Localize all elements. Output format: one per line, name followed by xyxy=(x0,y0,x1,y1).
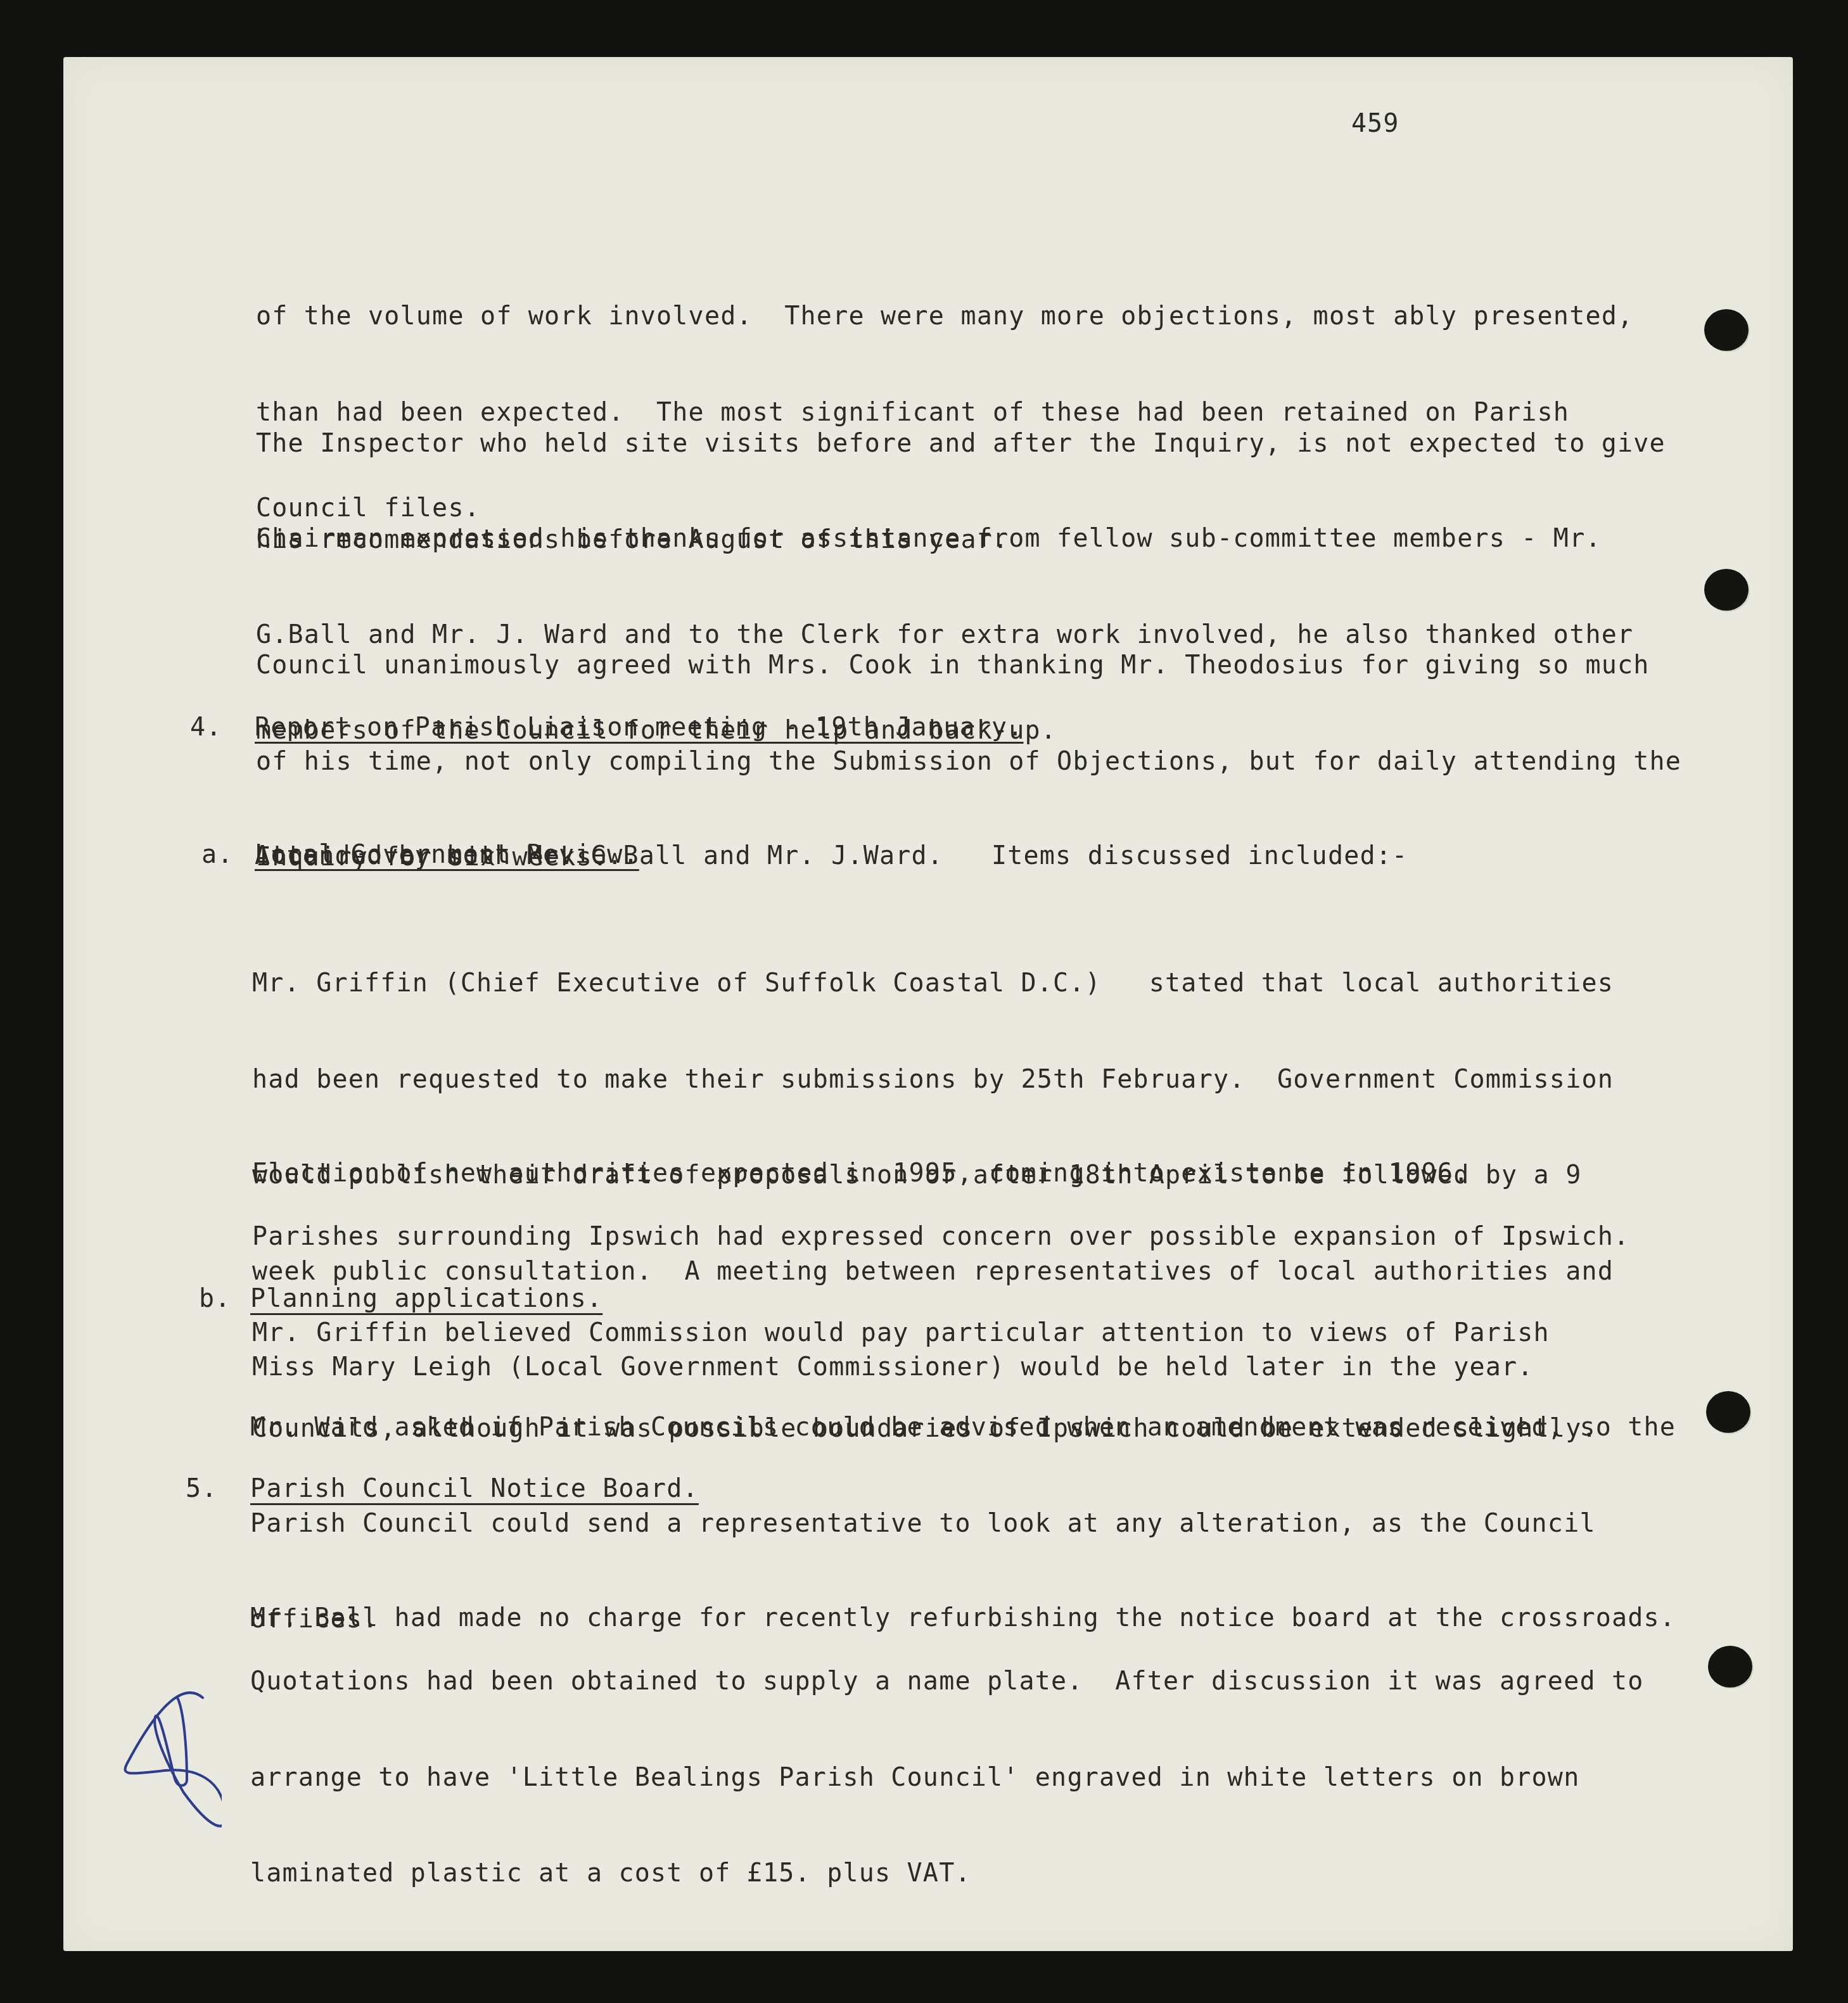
text-line: Parishes surrounding Ipswich had express… xyxy=(252,1221,1629,1253)
subsection-b-heading: b. Planning applications. xyxy=(0,1284,32,1371)
subsection-letter: a. xyxy=(201,840,234,869)
section-title: Report on Parish Liaison meeting - 19th … xyxy=(255,713,1024,742)
page-number: 459 xyxy=(1351,109,1399,138)
text-line: Quotations had been obtained to supply a… xyxy=(250,1665,1644,1698)
punch-hole-icon xyxy=(1706,1391,1750,1433)
punch-hole-icon xyxy=(1704,569,1749,611)
text-line: of the volume of work involved. There we… xyxy=(256,300,1633,333)
text-line: Mr. Ward asked if Parish Councils could … xyxy=(250,1411,1676,1444)
section-number: 5. xyxy=(186,1474,218,1503)
text-line: had been requested to make their submiss… xyxy=(252,1064,1614,1096)
text-line: Mr. Griffin (Chief Executive of Suffolk … xyxy=(252,967,1614,1000)
text-line: Council unanimously agreed with Mrs. Coo… xyxy=(256,649,1681,682)
text-line: Mr. Griffin believed Commission would pa… xyxy=(252,1317,1629,1349)
text-line: of his time, not only compiling the Subm… xyxy=(256,746,1681,778)
text-line: The Inspector who held site visits befor… xyxy=(256,428,1666,460)
section-4-heading: 4. Report on Parish Liaison meeting - 19… xyxy=(0,713,32,800)
section-title: Parish Council Notice Board. xyxy=(250,1474,699,1503)
subsection-a-heading: a. Local Government Review. xyxy=(0,840,32,927)
text-line: laminated plastic at a cost of £15. plus… xyxy=(250,1857,1644,1890)
subsection-title: Local Government Review. xyxy=(255,840,639,869)
section-5-heading: 5. Parish Council Notice Board. xyxy=(0,1474,32,1561)
subsection-letter: b. xyxy=(199,1284,231,1313)
paragraph-name-plate: Quotations had been obtained to supply a… xyxy=(250,1601,1644,1921)
punch-hole-icon xyxy=(1704,309,1749,351)
subsection-title: Planning applications. xyxy=(250,1284,602,1313)
punch-hole-icon xyxy=(1708,1646,1752,1688)
signature-icon xyxy=(108,1685,222,1837)
text-line: Chairman expressed his thanks for assist… xyxy=(256,523,1633,555)
section-number: 4. xyxy=(190,713,222,742)
text-line: Parish Council could send a representati… xyxy=(250,1508,1676,1540)
text-line: arrange to have 'Little Bealings Parish … xyxy=(250,1762,1644,1794)
